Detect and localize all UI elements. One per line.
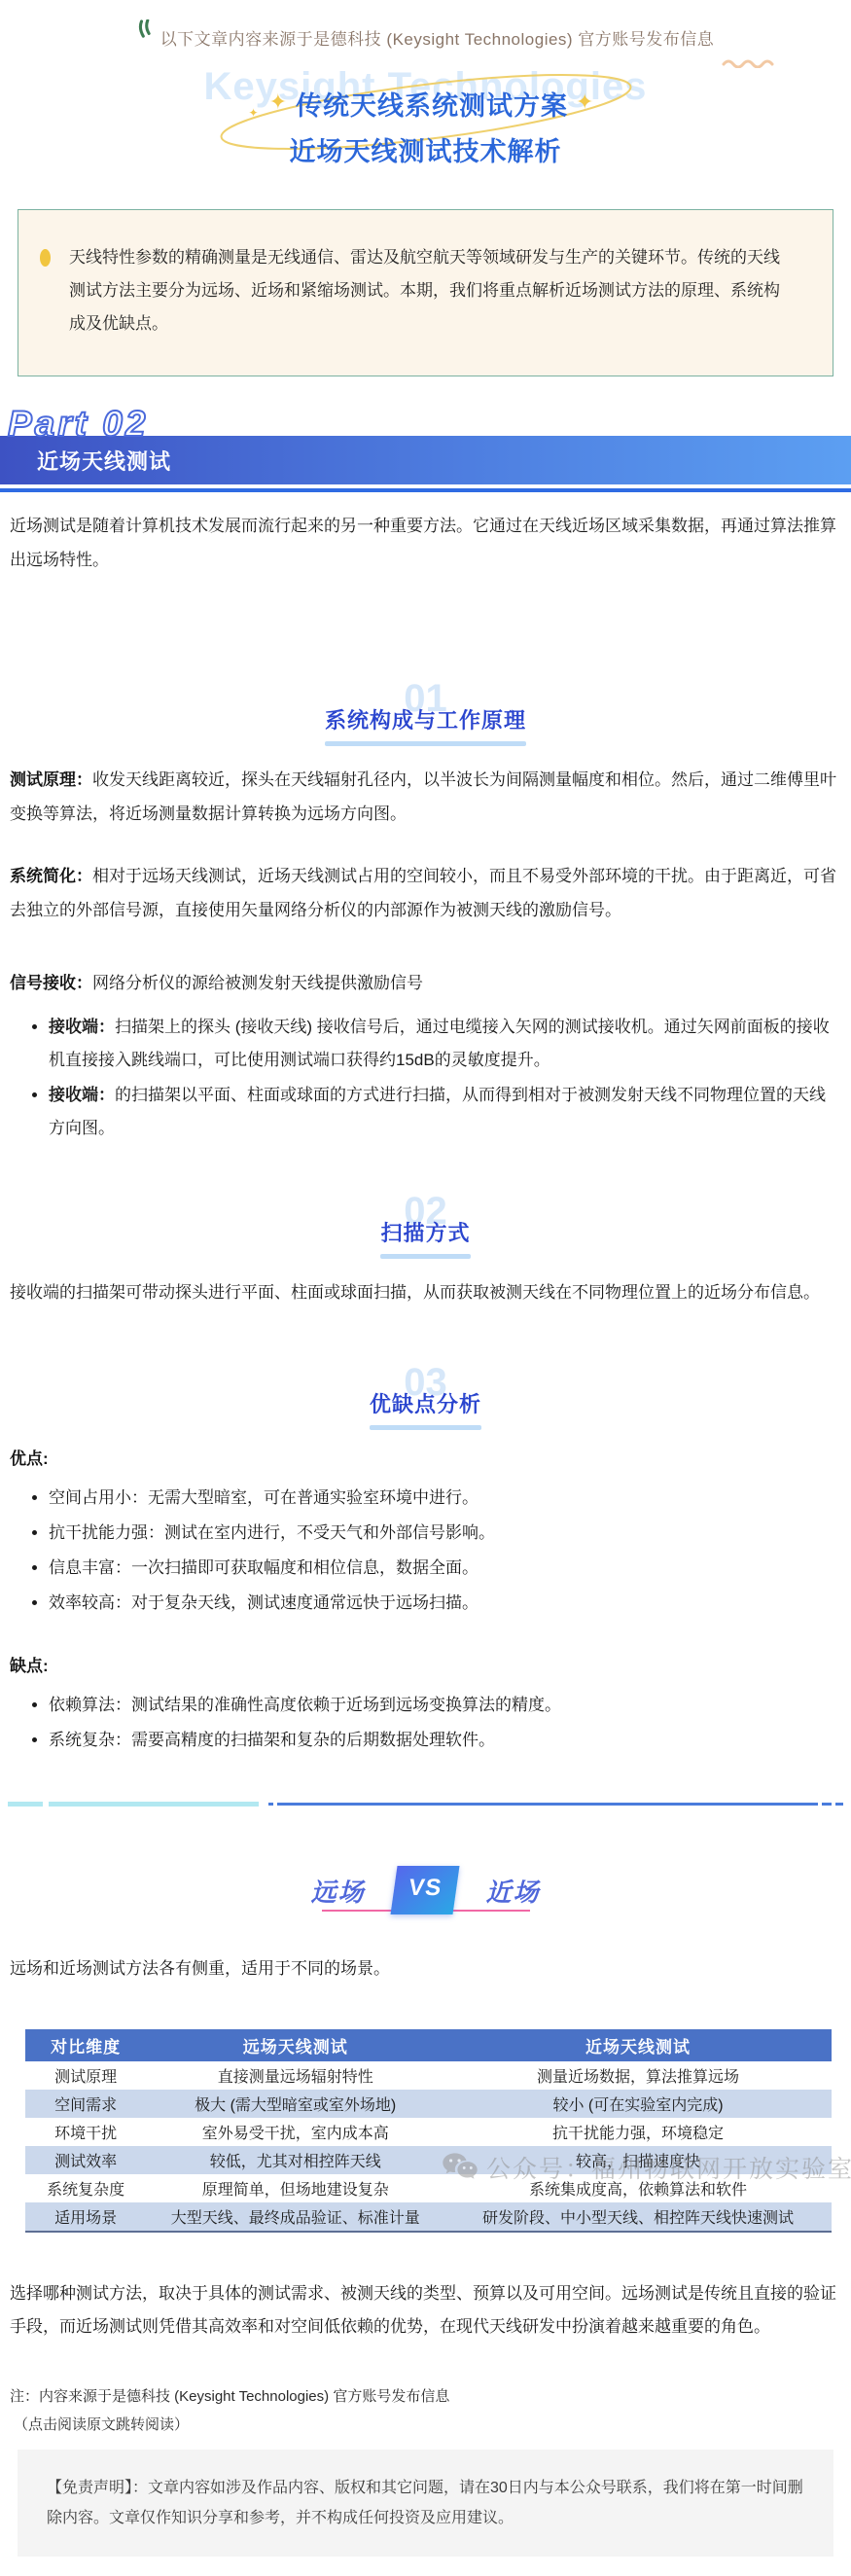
table-cell: 系统集成度高，依赖算法和软件 [444, 2174, 832, 2202]
table-cell: 抗干扰能力强，环境稳定 [444, 2118, 832, 2146]
list-item: 效率较高：对于复杂天线，测试速度通常远快于远场扫描。 [49, 1587, 841, 1620]
paragraph: 近场测试是随着计算机技术发展而流行起来的另一种重要方法。它通过在天线近场区域采集… [10, 510, 841, 578]
table-row: 环境干扰室外易受干扰，室内成本高抗干扰能力强，环境稳定 [25, 2118, 832, 2146]
table-cell: 较小 (可在实验室内完成) [444, 2090, 832, 2118]
table-row: 测试效率较低，尤其对相控阵天线较高，扫描速度快 [25, 2146, 832, 2174]
pros-heading: 优点: [10, 1446, 841, 1472]
sparkle-icon: ✦ [249, 106, 260, 120]
intro-highlight-box: 天线特性参数的精确测量是无线通信、雷达及航空航天等领域研发与生产的关键环节。传统… [18, 209, 833, 376]
paragraph: 接收端的扫描架可带动探头进行平面、柱面或球面扫描，从而获取被测天线在不同物理位置… [10, 1276, 841, 1310]
quote-icon [137, 19, 155, 39]
vs-comparison-header: 远场 VS 近场 [0, 1863, 851, 1917]
squiggle-icon [722, 56, 780, 68]
cons-list: 依赖算法：测试结果的准确性高度依赖于近场到远场变换算法的精度。系统复杂：需要高精… [10, 1689, 841, 1757]
read-original-link[interactable]: （点击阅读原文跳转阅读） [10, 2413, 841, 2438]
table-cell: 大型天线、最终成品验证、标准计量 [146, 2202, 444, 2232]
table-row: 系统复杂度原理简单，但场地建设复杂系统集成度高，依赖算法和软件 [25, 2174, 832, 2202]
table-header-row: 对比维度远场天线测试近场天线测试 [25, 2029, 832, 2061]
paragraph: 远场和近场测试方法各有侧重，适用于不同的场景。 [10, 1952, 841, 1986]
table-header-cell: 对比维度 [25, 2029, 146, 2061]
table-cell: 空间需求 [25, 2090, 146, 2118]
table-cell: 测试效率 [25, 2146, 146, 2174]
signal-bullet-list: 接收端：扫描架上的探头 (接收天线) 接收信号后，通过电缆接入矢网的测试接收机。… [10, 1011, 841, 1145]
list-item: 接收端：的扫描架以平面、柱面或球面的方式进行扫描，从而得到相对于被测发射天线不同… [49, 1079, 841, 1145]
section-title: 系统构成与工作原理 [325, 704, 526, 746]
section-1-heading: 01 系统构成与工作原理 [0, 679, 851, 746]
table-header-cell: 远场天线测试 [146, 2029, 444, 2061]
intro-text: 天线特性参数的精确测量是无线通信、雷达及航空航天等领域研发与生产的关键环节。传统… [69, 248, 780, 333]
table-cell: 测量近场数据，算法推算远场 [444, 2061, 832, 2090]
list-item: 依赖算法：测试结果的准确性高度依赖于近场到远场变换算法的精度。 [49, 1689, 841, 1722]
table-cell: 原理简单，但场地建设复杂 [146, 2174, 444, 2202]
comparison-table-zone: 对比维度远场天线测试近场天线测试 测试原理直接测量远场辐射特性测量近场数据，算法… [25, 2029, 832, 2233]
comparison-table: 对比维度远场天线测试近场天线测试 测试原理直接测量远场辐射特性测量近场数据，算法… [25, 2029, 832, 2233]
source-header: 以下文章内容来源于是德科技 (Keysight Technologies) 官方… [0, 0, 851, 50]
table-cell: 测试原理 [25, 2061, 146, 2090]
paragraph: 测试原理：收发天线距离较近，探头在天线辐射孔径内，以半波长为间隔测量幅度和相位。… [10, 764, 841, 832]
table-cell: 系统复杂度 [25, 2174, 146, 2202]
table-cell: 较低，尤其对相控阵天线 [146, 2146, 444, 2174]
table-cell: 环境干扰 [25, 2118, 146, 2146]
vs-right-label: 近场 [486, 1873, 541, 1909]
table-header-cell: 近场天线测试 [444, 2029, 832, 2061]
table-cell: 直接测量远场辐射特性 [146, 2061, 444, 2090]
title-line-2: 近场天线测试技术解析 [0, 132, 851, 171]
table-row: 测试原理直接测量远场辐射特性测量近场数据，算法推算远场 [25, 2061, 832, 2090]
list-item: 空间占用小：无需大型暗室，可在普通实验室环境中进行。 [49, 1482, 841, 1515]
source-note-footer: 注：内容来源于是德科技 (Keysight Technologies) 官方账号… [10, 2384, 841, 2438]
list-item: 抗干扰能力强：测试在室内进行，不受天气和外部信号影响。 [49, 1517, 841, 1550]
list-item: 接收端：扫描架上的探头 (接收天线) 接收信号后，通过电缆接入矢网的测试接收机。… [49, 1011, 841, 1077]
table-cell: 研发阶段、中小型天线、相控阵天线快速测试 [444, 2202, 832, 2232]
sparkle-icon: ✦ [576, 89, 594, 114]
table-row: 空间需求极大 (需大型暗室或室外场地)较小 (可在实验室内完成) [25, 2090, 832, 2118]
section-divider [8, 1802, 843, 1807]
paragraph: 信号接收：网络分析仪的源给被测发射天线提供激励信号 [10, 967, 841, 1001]
closing-paragraph: 选择哪种测试方法，取决于具体的测试需求、被测天线的类型、预算以及可用空间。远场测… [10, 2277, 841, 2343]
note-line: 注：内容来源于是德科技 (Keysight Technologies) 官方账号… [10, 2384, 841, 2410]
cons-heading: 缺点: [10, 1653, 841, 1679]
section-title: 优缺点分析 [370, 1388, 481, 1430]
pros-list: 空间占用小：无需大型暗室，可在普通实验室环境中进行。抗干扰能力强：测试在室内进行… [10, 1482, 841, 1620]
section-title: 扫描方式 [380, 1217, 470, 1259]
paragraph: 系统简化：相对于远场天线测试，近场天线测试占用的空间较小，而且不易受外部环境的干… [10, 860, 841, 928]
table-row: 适用场景大型天线、最终成品验证、标准计量研发阶段、中小型天线、相控阵天线快速测试 [25, 2202, 832, 2232]
yellow-dot-icon [40, 249, 51, 267]
article-title-block: Keysight Technologies ✦✦传统天线系统测试方案✦ 近场天线… [0, 69, 851, 188]
section-2-heading: 02 扫描方式 [0, 1192, 851, 1259]
table-cell: 适用场景 [25, 2202, 146, 2232]
vs-badge: VS [391, 1866, 460, 1914]
disclaimer-box: 【免责声明】：文章内容如涉及作品内容、版权和其它问题，请在30日内与本公众号联系… [18, 2450, 833, 2557]
source-note: 以下文章内容来源于是德科技 (Keysight Technologies) 官方… [160, 25, 715, 50]
vs-left-label: 远场 [310, 1873, 365, 1909]
table-cell: 较高，扫描速度快 [444, 2146, 832, 2174]
table-cell: 室外易受干扰，室内成本高 [146, 2118, 444, 2146]
section-3-heading: 03 优缺点分析 [0, 1363, 851, 1430]
banner-rule [0, 488, 851, 492]
table-cell: 极大 (需大型暗室或室外场地) [146, 2090, 444, 2118]
banner-title: 近场天线测试 [37, 446, 171, 476]
sparkle-icon: ✦ [269, 89, 288, 114]
disclaimer-text: 【免责声明】：文章内容如涉及作品内容、版权和其它问题，请在30日内与本公众号联系… [47, 2480, 803, 2526]
title-line-1: ✦✦传统天线系统测试方案✦ [0, 69, 851, 132]
list-item: 系统复杂：需要高精度的扫描架和复杂的后期数据处理软件。 [49, 1724, 841, 1757]
list-item: 信息丰富：一次扫描即可获取幅度和相位信息，数据全面。 [49, 1552, 841, 1585]
